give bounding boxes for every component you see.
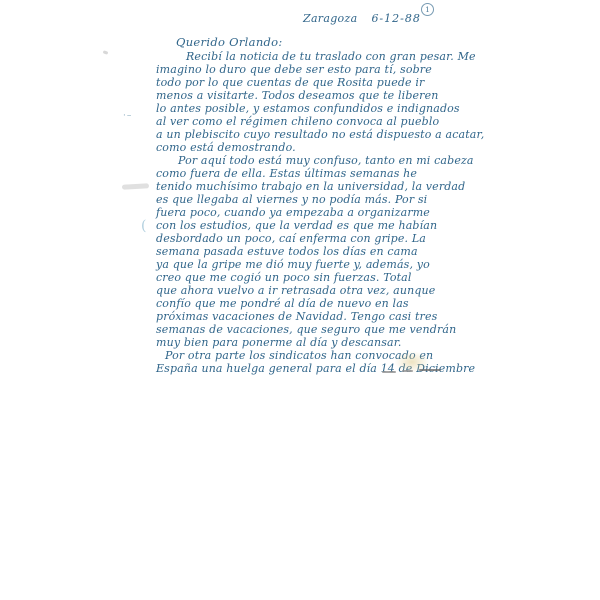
letter-line: desbordado un poco, caí enferma con grip… — [156, 232, 486, 245]
letter-line: menos a visitarte. Todos deseamos que te… — [156, 89, 486, 102]
letter-line: a un plebiscito cuyo resultado no está d… — [156, 128, 486, 141]
letter-line: al ver como el régimen chileno convoca a… — [156, 115, 486, 128]
dateline-location: Zaragoza — [303, 12, 357, 25]
dateline-date: 6-12-88 — [371, 12, 420, 25]
letter-page: 1 Zaragoza6-12-88 Querido Orlando: Recib… — [0, 0, 600, 600]
dateline: Zaragoza6-12-88 — [303, 12, 421, 25]
letter-line: con los estudios, que la verdad es que m… — [156, 219, 486, 232]
letter-line: que ahora vuelvo a ir retrasada otra vez… — [156, 284, 486, 297]
letter-line: fuera poco, cuando ya empezaba a organiz… — [156, 206, 486, 219]
letter-line: todo por lo que cuentas de que Rosita pu… — [156, 76, 486, 89]
letter-line: semanas de vacaciones, que seguro que me… — [156, 323, 486, 336]
letter-line: Por otra parte los sindicatos han convoc… — [156, 349, 486, 362]
eraser-smudge — [122, 183, 149, 189]
letter-line: imagino lo duro que debe ser esto para t… — [156, 63, 486, 76]
letter-line: como fuera de ella. Estas últimas semana… — [156, 167, 486, 180]
letter-line: semana pasada estuve todos los días en c… — [156, 245, 486, 258]
letter-line: muy bien para ponerme al día y descansar… — [156, 336, 486, 349]
letter-line: lo antes posible, y estamos confundidos … — [156, 102, 486, 115]
margin-mark-icon: ·– — [123, 111, 132, 121]
pencil-dash — [402, 370, 413, 372]
pencil-dash — [382, 371, 396, 373]
letter-line: Por aquí todo está muy confuso, tanto en… — [156, 154, 486, 167]
letter-line: es que llegaba al viernes y no podía más… — [156, 193, 486, 206]
letter-line: Recibí la noticia de tu traslado con gra… — [156, 50, 486, 63]
margin-paren-icon: ( — [141, 218, 146, 234]
salutation: Querido Orlando: — [176, 35, 283, 49]
letter-line: como está demostrando. — [156, 141, 486, 154]
letter-line: próximas vacaciones de Navidad. Tengo ca… — [156, 310, 486, 323]
letter-line: confío que me pondré al día de nuevo en … — [156, 297, 486, 310]
pencil-dash — [419, 369, 441, 371]
letter-line: ya que la gripe me dió muy fuerte y, ade… — [156, 258, 486, 271]
page-number-badge: 1 — [421, 3, 434, 16]
letter-body: Recibí la noticia de tu traslado con gra… — [156, 50, 486, 375]
paper-speck — [103, 50, 109, 55]
letter-line: tenido muchísimo trabajo en la universid… — [156, 180, 486, 193]
letter-line: creo que me cogió un poco sin fuerzas. T… — [156, 271, 486, 284]
